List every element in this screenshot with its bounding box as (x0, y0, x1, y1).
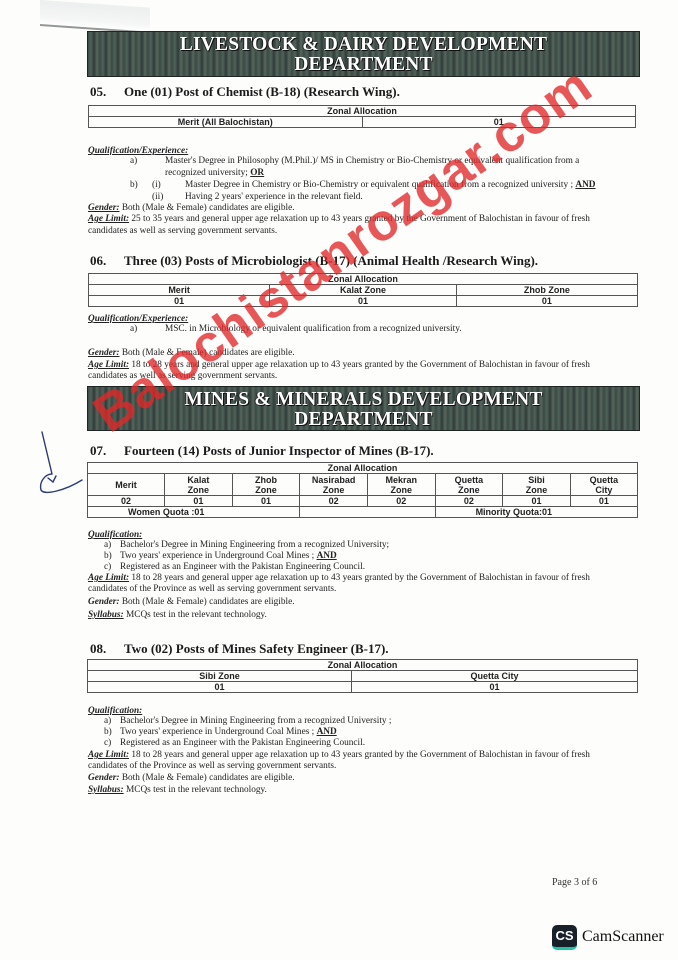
banner-title-line2: DEPARTMENT (88, 410, 639, 430)
post-07-age-limit-cont: candidates of the Province as well as se… (88, 583, 336, 595)
post-07-syllabus: Syllabus: MCQs test in the relevant tech… (88, 609, 267, 621)
table-cell: 02 (435, 496, 503, 507)
table-cell: 01 (89, 296, 270, 307)
post-number: 05. (90, 84, 124, 100)
table-cell: 01 (456, 296, 637, 307)
department-banner-mines: MINES & MINERALS DEVELOPMENT DEPARTMENT (87, 386, 640, 431)
post-number: 06. (90, 253, 124, 269)
table-col-header: KalatZone (165, 474, 233, 496)
table-col-header: Kalat Zone (270, 285, 457, 296)
table-cell: 01 (503, 496, 571, 507)
banner-title-line1: LIVESTOCK & DAIRY DEVELOPMENT (88, 35, 639, 55)
table-cell: Merit (All Balochistan) (89, 117, 363, 128)
post-title-text: Two (02) Posts of Mines Safety Engineer … (124, 641, 389, 656)
table-col-header: MekranZone (367, 474, 435, 496)
post-08-age-limit-cont: candidates of the Province as well as se… (88, 760, 336, 772)
post-07-gender: Gender: Both (Male & Female) candidates … (88, 596, 295, 608)
table-col-header: ZhobZone (232, 474, 300, 496)
table-cell: 02 (367, 496, 435, 507)
scanned-page: LIVESTOCK & DAIRY DEVELOPMENT DEPARTMENT… (0, 0, 678, 960)
women-quota: Women Quota :01 (88, 507, 300, 518)
qual-marker: a) (130, 323, 137, 335)
table-header: Zonal Allocation (88, 660, 638, 671)
table-col-header: Sibi Zone (88, 671, 352, 682)
qual-marker: b) (130, 179, 138, 191)
post-06-allocation-table: Zonal Allocation Merit Kalat Zone Zhob Z… (88, 273, 638, 307)
table-cell: 01 (88, 682, 352, 693)
table-col-header: QuettaZone (435, 474, 503, 496)
table-header: Zonal Allocation (89, 274, 638, 285)
post-number: 07. (90, 443, 124, 459)
post-title-text: Fourteen (14) Posts of Junior Inspector … (124, 443, 434, 458)
table-col-header: SibiZone (503, 474, 571, 496)
post-05-age-limit: Age Limit: 25 to 35 years and general up… (88, 213, 590, 225)
post-number: 08. (90, 641, 124, 657)
post-08-allocation-table: Zonal Allocation Sibi Zone Quetta City 0… (87, 659, 638, 693)
table-cell: 01 (570, 496, 637, 507)
table-header: Zonal Allocation (88, 463, 638, 474)
table-cell: 01 (270, 296, 457, 307)
table-cell: 02 (88, 496, 165, 507)
handwritten-mark-icon (30, 430, 85, 495)
post-06-gender: Gender: Both (Male & Female) candidates … (88, 347, 295, 359)
post-title-text: Three (03) Posts of Microbiologist (B-17… (124, 253, 538, 268)
post-06-age-limit-cont: candidates as well as serving government… (88, 370, 277, 382)
table-col-header: Merit (89, 285, 270, 296)
post-05-age-limit-cont: candidates as well as serving government… (88, 225, 277, 237)
qual-item-text: Master Degree in Chemistry or Bio-Chemis… (185, 179, 596, 191)
table-col-header: Merit (88, 474, 165, 496)
table-header: Zonal Allocation (89, 106, 636, 117)
minority-quota: Minority Quota:01 (435, 507, 637, 518)
qual-item-text: MSC. in Microbiology or equivalent quali… (165, 323, 462, 335)
department-banner-livestock: LIVESTOCK & DAIRY DEVELOPMENT DEPARTMENT (87, 31, 640, 77)
table-col-header: NasirabadZone (300, 474, 368, 496)
table-col-header: Quetta City (352, 671, 638, 682)
qual-item-text: Master's Degree in Philosophy (M.Phil.)/… (165, 155, 579, 167)
post-07-allocation-table: Zonal Allocation MeritKalatZoneZhobZoneN… (87, 462, 638, 518)
post-08-syllabus: Syllabus: MCQs test in the relevant tech… (88, 784, 267, 796)
banner-title-line1: MINES & MINERALS DEVELOPMENT (88, 390, 639, 410)
banner-title-line2: DEPARTMENT (88, 55, 639, 75)
table-cell: 01 (352, 682, 638, 693)
table-col-header: QuettaCity (570, 474, 637, 496)
table-cell: 01 (165, 496, 233, 507)
qual-marker: a) (130, 155, 137, 167)
post-07-title: 07.Fourteen (14) Posts of Junior Inspect… (90, 443, 434, 459)
table-cell: 02 (300, 496, 368, 507)
post-05-title: 05.One (01) Post of Chemist (B-18) (Rese… (90, 84, 400, 100)
table-cell: 01 (232, 496, 300, 507)
post-08-gender: Gender: Both (Male & Female) candidates … (88, 772, 295, 784)
qual-item-text: Registered as an Engineer with the Pakis… (120, 737, 365, 749)
table-cell-empty (300, 507, 435, 518)
camscanner-brand: CamScanner (582, 928, 664, 946)
post-08-title: 08.Two (02) Posts of Mines Safety Engine… (90, 641, 389, 657)
table-cell: 01 (362, 117, 636, 128)
post-06-title: 06.Three (03) Posts of Microbiologist (B… (90, 253, 538, 269)
post-title-text: One (01) Post of Chemist (B-18) (Researc… (124, 84, 400, 99)
page-number: Page 3 of 6 (552, 877, 597, 888)
qual-sub-marker: (i) (152, 179, 161, 191)
camscanner-logo-icon: CS (552, 925, 577, 950)
table-col-header: Zhob Zone (456, 285, 637, 296)
page-fold-shadow (40, 0, 150, 34)
post-05-allocation-table: Zonal Allocation Merit (All Balochistan)… (88, 105, 636, 128)
qual-item-cont: recognized university; OR (165, 167, 264, 179)
qual-marker: c) (104, 737, 111, 749)
